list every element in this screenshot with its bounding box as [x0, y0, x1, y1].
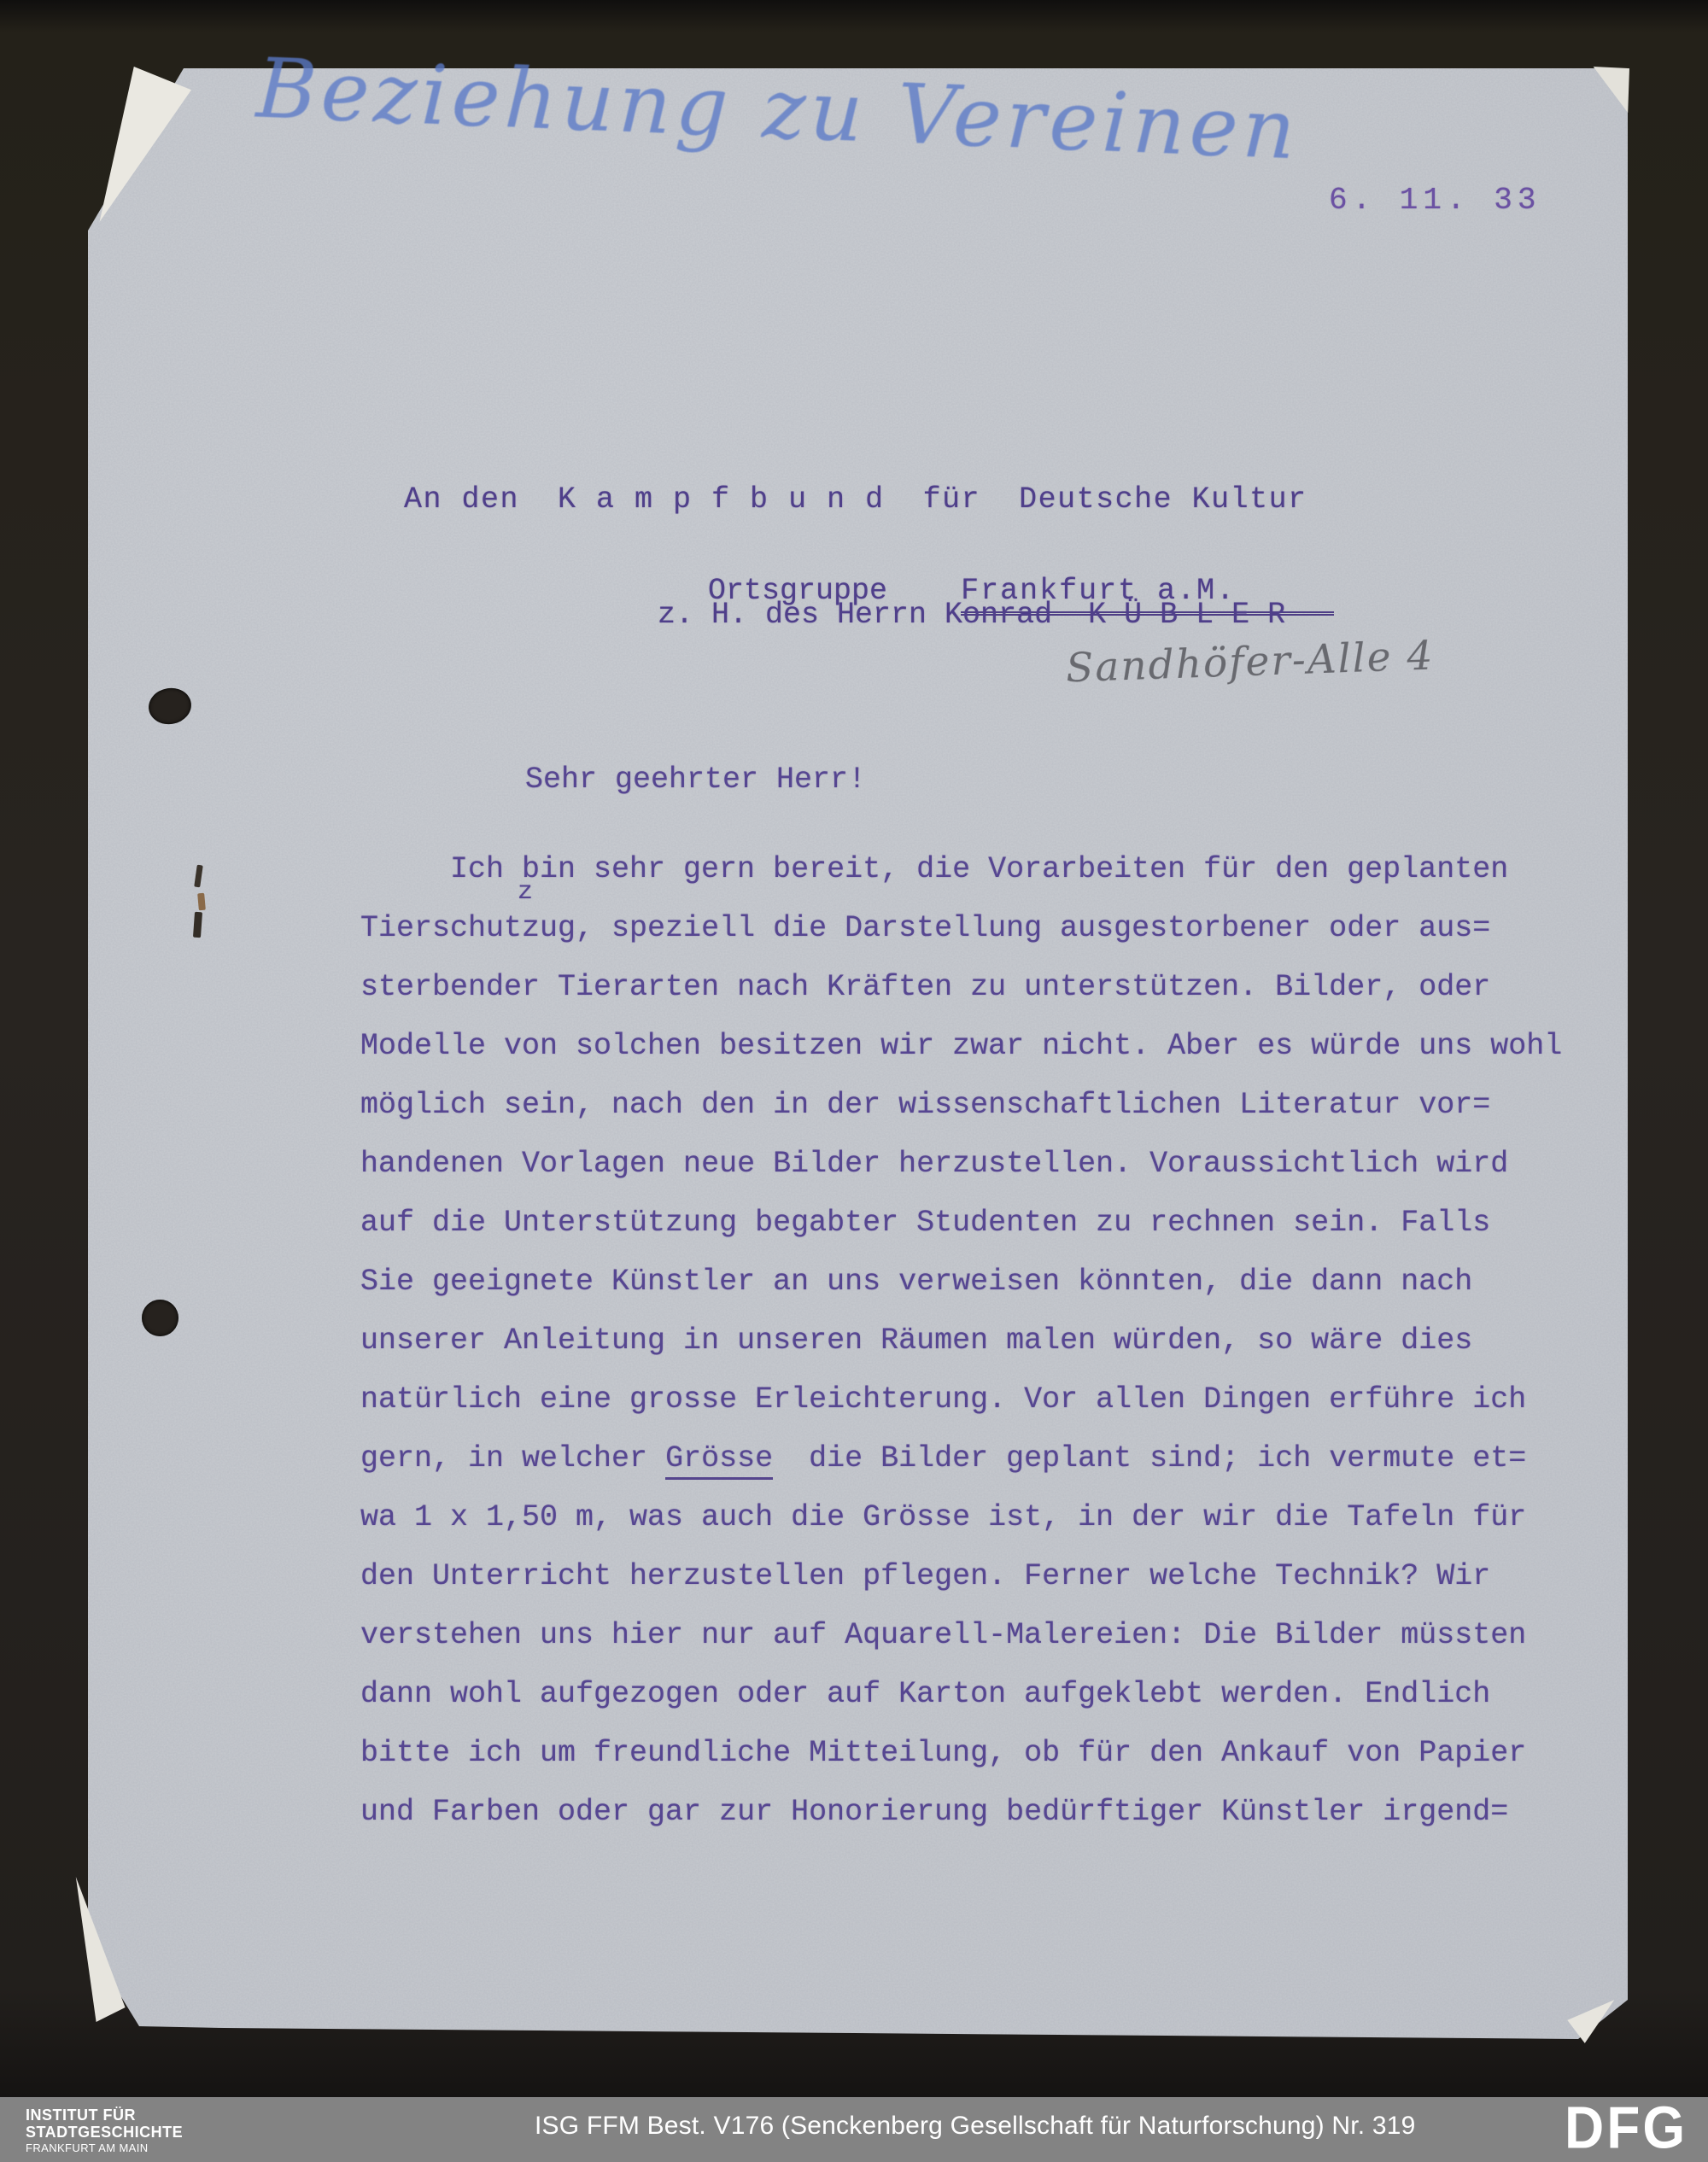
letter-line: handenen Vorlagen neue Bilder herzustell… [360, 1147, 1508, 1181]
letter-line: verstehen uns hier nur auf Aquarell-Male… [360, 1618, 1526, 1652]
institution-name-line2: STADTGESCHICHTE [26, 2124, 183, 2141]
punch-hole-bottom [142, 1300, 178, 1336]
underlined-word: Grösse [665, 1441, 773, 1480]
letter-line: sterbender Tierarten nach Kräften zu unt… [360, 970, 1490, 1004]
letter-line: natürlich eine grosse Erleichterung. Vor… [360, 1382, 1526, 1417]
letter-line: wa 1 x 1,50 m, was auch die Grösse ist, … [360, 1500, 1526, 1534]
salutation: Sehr geehrter Herr! [525, 763, 866, 797]
letter-line: möglich sein, nach den in der wissenscha… [360, 1088, 1490, 1122]
scan-background: Beziehung zu Vereinen Sandhöfer-Alle 4 6… [0, 0, 1708, 2162]
letter-line: dann wohl aufgezogen oder auf Karton auf… [360, 1677, 1490, 1711]
letter-line: Sie geeignete Künstler an uns verweisen … [360, 1265, 1472, 1299]
letter-line: gern, in welcher Grösse die Bilder gepla… [360, 1441, 1526, 1475]
archive-footer-bar: INSTITUT FÜR STADTGESCHICHTE FRANKFURT A… [0, 2097, 1708, 2162]
recipient-line-2: OrtsgruppeFrankfurt a.M. [636, 540, 1334, 650]
archive-reference: ISG FFM Best. V176 (Senckenberg Gesellsc… [535, 2112, 1416, 2141]
institution-city: FRANKFURT AM MAIN [26, 2141, 183, 2155]
recipient-line-3: z. H. des Herrn Konrad K Ü B L E R [658, 598, 1285, 632]
letter-line: unserer Anleitung in unseren Räumen male… [360, 1323, 1472, 1358]
institution-logo: INSTITUT FÜR STADTGESCHICHTE FRANKFURT A… [26, 2106, 183, 2155]
letter-line: Tierschutzug, speziell die Darstellung a… [360, 911, 1490, 945]
recipient-line-1: An den K a m p f b u n d für Deutsche Ku… [404, 482, 1307, 517]
paper-tear [197, 893, 206, 911]
institution-name-line1: INSTITUT FÜR [26, 2106, 183, 2124]
date-stamp: 6. 11. 33 [1329, 183, 1541, 218]
dfg-logo: DFG [1565, 2094, 1688, 2162]
letter-body: Ich bin sehr gern bereit, die Vorarbeite… [360, 852, 1607, 1911]
letter-line: und Farben oder gar zur Honorierung bedü… [360, 1795, 1508, 1829]
letter-line: den Unterricht herzustellen pflegen. Fer… [360, 1559, 1490, 1593]
letter-line: Modelle von solchen besitzen wir zwar ni… [360, 1029, 1562, 1063]
letter-line: bitte ich um freundliche Mitteilung, ob … [360, 1736, 1526, 1770]
letter-line: Ich bin sehr gern bereit, die Vorarbeite… [450, 852, 1508, 886]
letter-line: auf die Unterstützung begabter Studenten… [360, 1206, 1490, 1240]
